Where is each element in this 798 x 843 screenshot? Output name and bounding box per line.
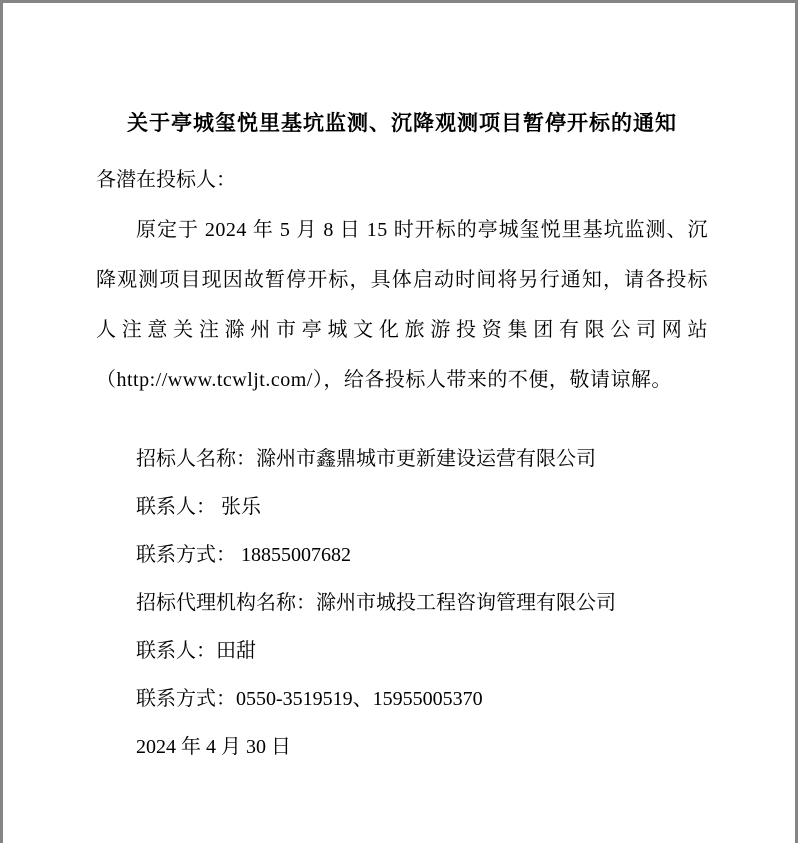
agency-contact-phone: 联系方式：0550-3519519、15955005370 bbox=[96, 675, 708, 723]
tenderer-name: 招标人名称：滁州市鑫鼎城市更新建设运营有限公司 bbox=[96, 435, 708, 483]
notice-title: 关于亭城玺悦里基坑监测、沉降观测项目暂停开标的通知 bbox=[96, 103, 708, 145]
agency-contact-person: 联系人：田甜 bbox=[96, 627, 708, 675]
agency-name: 招标代理机构名称：滁州市城投工程咨询管理有限公司 bbox=[96, 579, 708, 627]
tenderer-contact-person: 联系人： 张乐 bbox=[96, 483, 708, 531]
document-page: 关于亭城玺悦里基坑监测、沉降观测项目暂停开标的通知 各潜在投标人： 原定于 20… bbox=[0, 0, 798, 843]
contact-details-block: 招标人名称：滁州市鑫鼎城市更新建设运营有限公司 联系人： 张乐 联系方式： 18… bbox=[96, 435, 708, 771]
salutation: 各潜在投标人： bbox=[96, 155, 708, 205]
tenderer-contact-phone: 联系方式： 18855007682 bbox=[96, 531, 708, 579]
notice-date: 2024 年 4 月 30 日 bbox=[96, 723, 708, 771]
notice-body-paragraph: 原定于 2024 年 5 月 8 日 15 时开标的亭城玺悦里基坑监测、沉降观测… bbox=[96, 205, 708, 405]
document-content: 关于亭城玺悦里基坑监测、沉降观测项目暂停开标的通知 各潜在投标人： 原定于 20… bbox=[96, 103, 708, 771]
